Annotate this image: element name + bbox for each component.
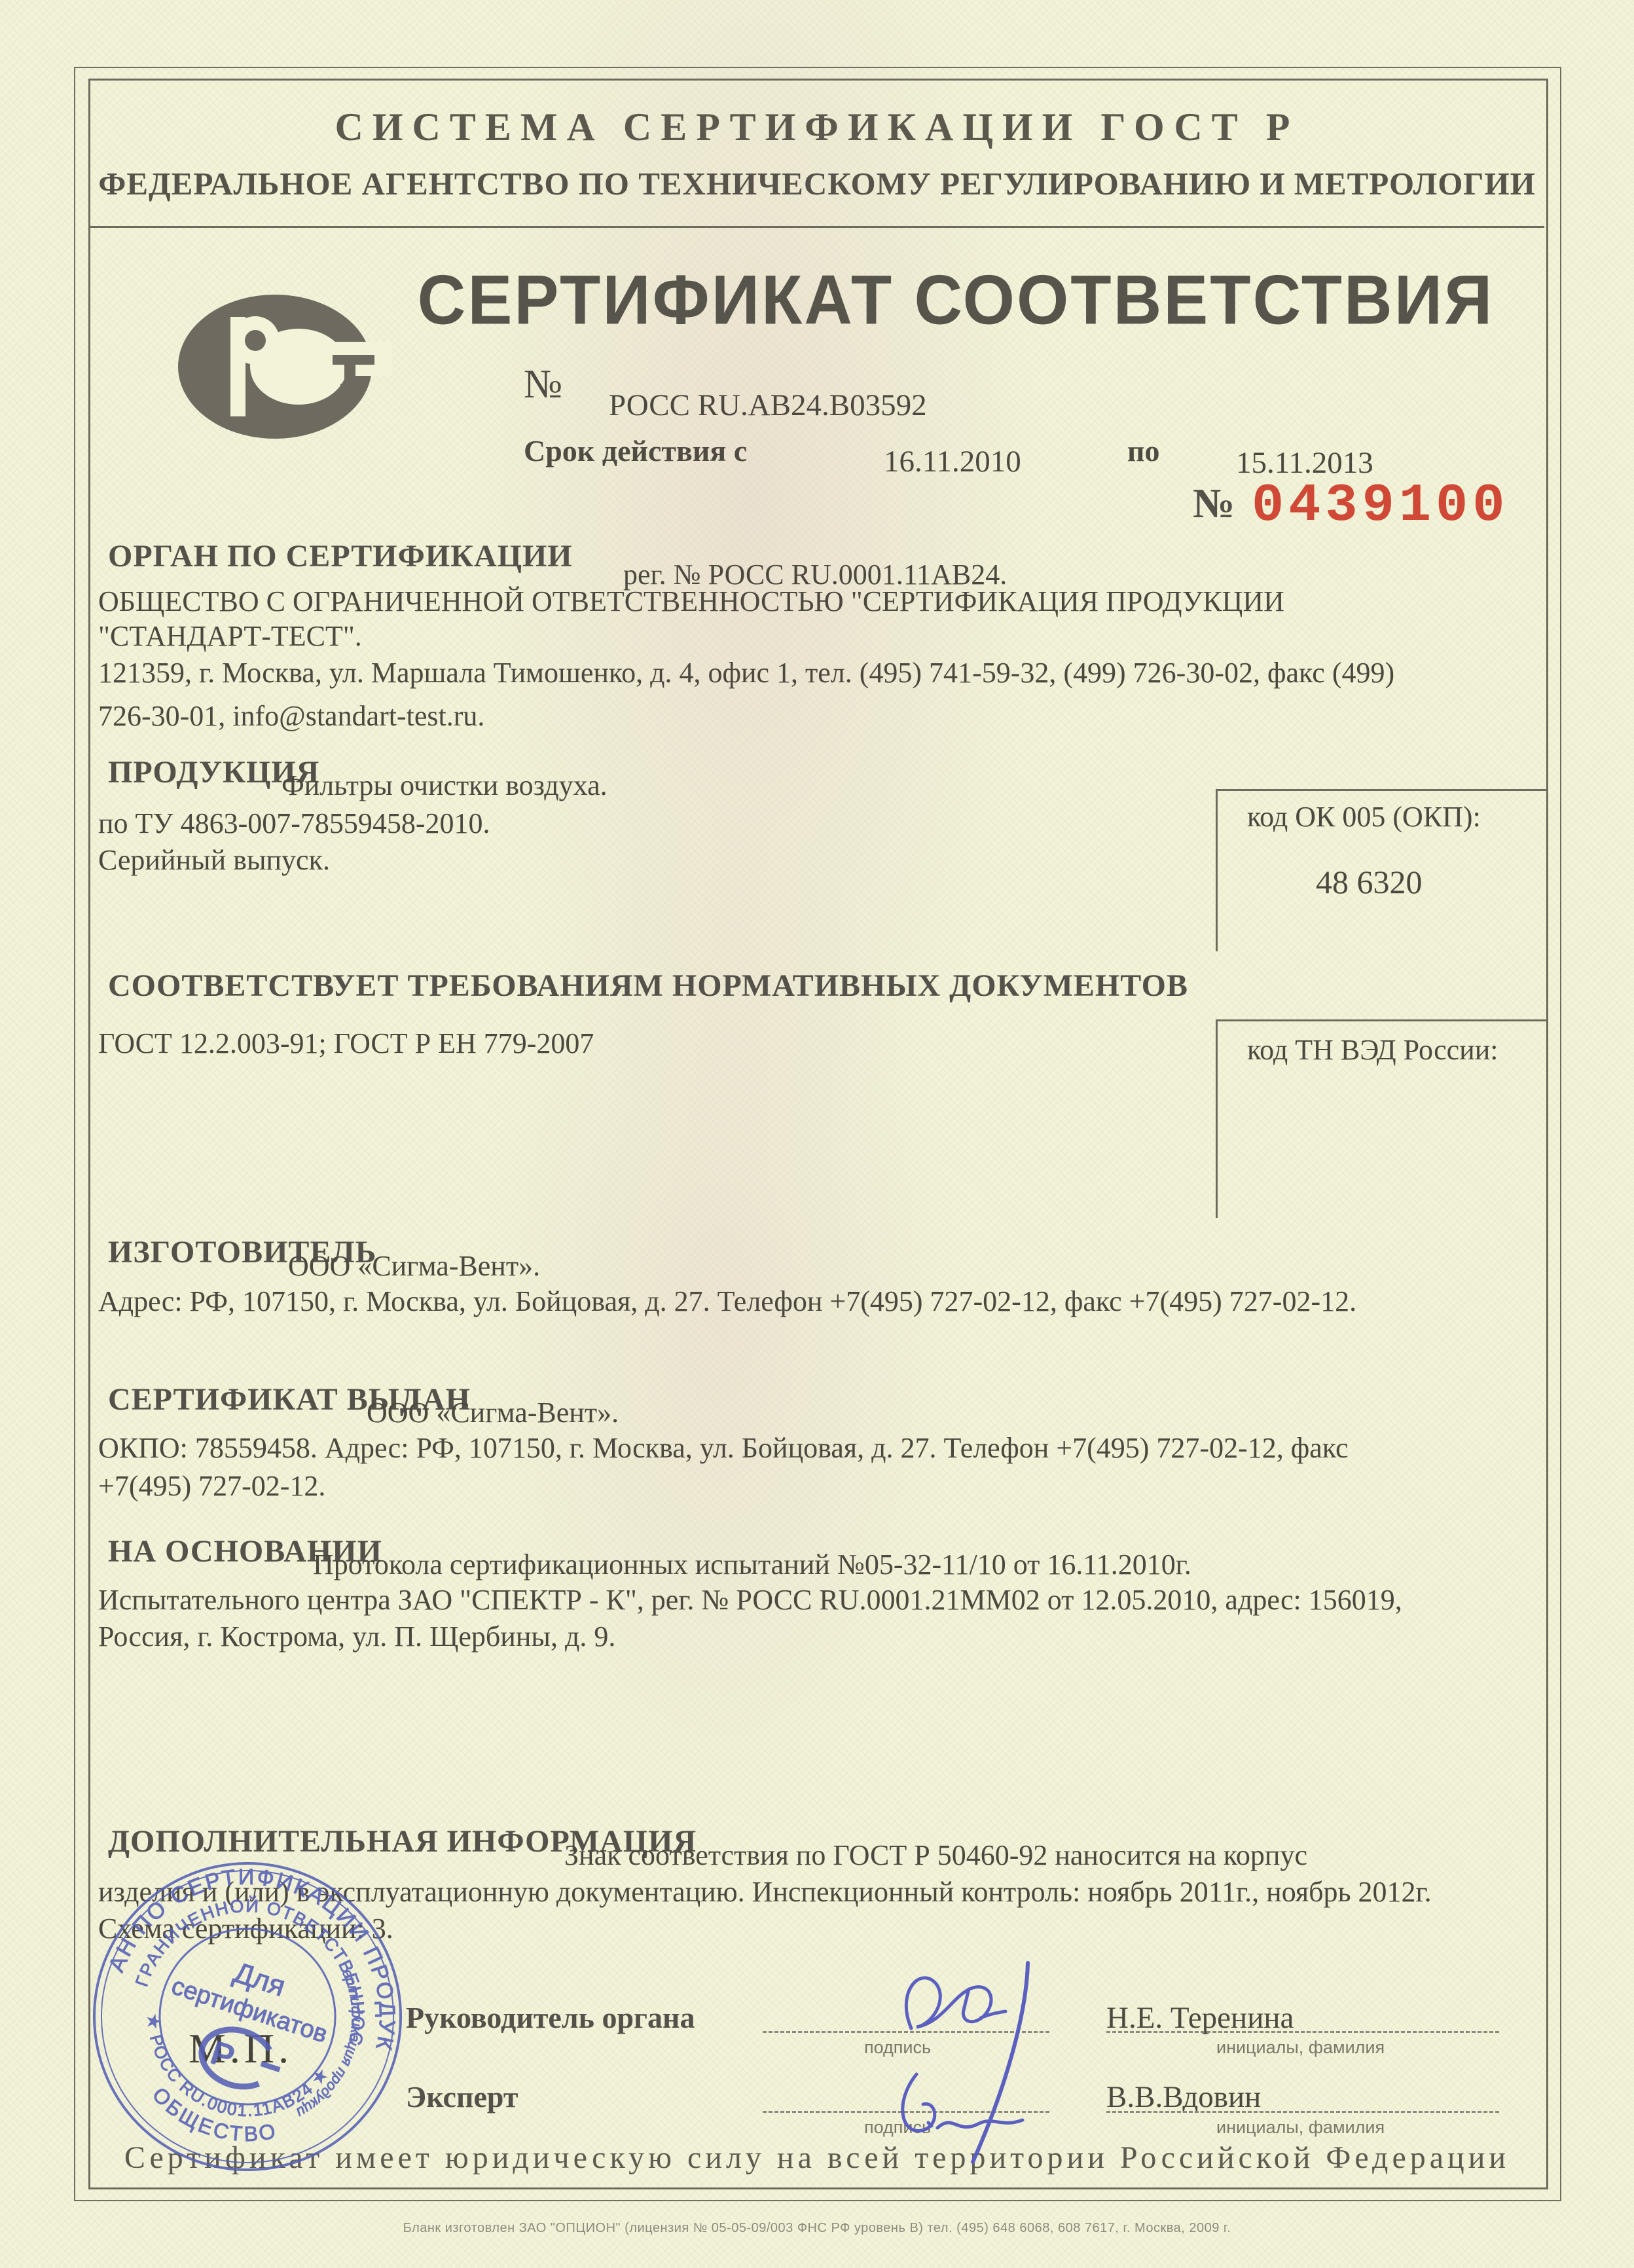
product-line2: по ТУ 4863-007-78559458-2010.	[98, 807, 490, 840]
serial-number-value: 0439100	[1252, 475, 1509, 536]
expert-initials-caption: инициалы, фамилия	[1216, 2117, 1385, 2138]
stamp-place-mark: М.П.	[189, 2024, 293, 2073]
cert-number-label: №	[524, 361, 562, 408]
certificate-page: СИСТЕМА СЕРТИФИКАЦИИ ГОСТ Р ФЕДЕРАЛЬНОЕ …	[0, 0, 1634, 2268]
validity-from-date: 16.11.2010	[884, 444, 1021, 479]
agency-title: ФЕДЕРАЛЬНОЕ АГЕНТСТВО ПО ТЕХНИЧЕСКОМУ РЕ…	[0, 165, 1634, 202]
expert-signature-line	[763, 2111, 1051, 2113]
okp-code-value: 48 6320	[1316, 863, 1423, 901]
basis-value: Протокола сертификационных испытаний №05…	[313, 1548, 1191, 1581]
serial-number-label: №	[1193, 479, 1235, 528]
extra-line1: изделия и (или) в эксплуатационную докум…	[98, 1875, 1432, 1909]
cert-body-line2: "СТАНДАРТ-ТЕСТ".	[98, 619, 362, 653]
issued-to-name: ООО «Сигма-Вент».	[367, 1396, 619, 1429]
issued-to-line1: ОКПО: 78559458. Адрес: РФ, 107150, г. Мо…	[98, 1431, 1349, 1465]
head-of-body-label: Руководитель органа	[406, 2000, 695, 2035]
basis-line2: Россия, г. Кострома, ул. П. Щербины, д. …	[98, 1620, 615, 1653]
blank-manufacturer-fine-print: Бланк изготовлен ЗАО "ОПЦИОН" (лицензия …	[0, 2221, 1634, 2236]
cert-body-line3: 121359, г. Москва, ул. Маршала Тимошенко…	[98, 656, 1394, 689]
okp-code-label: код ОК 005 (ОКП):	[1247, 800, 1481, 833]
document-title: СЕРТИФИКАТ СООТВЕТСТВИЯ	[406, 260, 1506, 340]
head-podpis-caption: подпись	[864, 2038, 931, 2058]
validity-label: Срок действия с	[524, 433, 747, 468]
cert-number-value: РОСС RU.АВ24.В03592	[609, 388, 927, 423]
head-name-line	[1106, 2031, 1499, 2033]
issued-to-line2: +7(495) 727-02-12.	[98, 1469, 325, 1503]
expert-name-line	[1106, 2111, 1499, 2113]
extra-value: Знак соответствия по ГОСТ Р 50460-92 нан…	[564, 1838, 1307, 1872]
expert-label: Эксперт	[406, 2079, 518, 2114]
head-initials-caption: инициалы, фамилия	[1216, 2038, 1385, 2058]
tnved-code-label: код ТН ВЭД России:	[1247, 1033, 1498, 1067]
cert-body-line1: ОБЩЕСТВО С ОГРАНИЧЕННОЙ ОТВЕТСТВЕННОСТЬЮ…	[98, 585, 1284, 618]
header-divider	[90, 226, 1544, 228]
product-name: Фильтры очистки воздуха.	[281, 769, 608, 802]
section-label-conformity: СООТВЕТСТВУЕТ ТРЕБОВАНИЯМ НОРМАТИВНЫХ ДО…	[108, 968, 1188, 1004]
cert-body-line4: 726-30-01, info@standart-test.ru.	[98, 699, 484, 733]
expert-podpis-caption: подпись	[864, 2117, 931, 2138]
expert-name: В.В.Вдовин	[1106, 2079, 1261, 2115]
rst-gost-logo	[175, 289, 391, 447]
system-title: СИСТЕМА СЕРТИФИКАЦИИ ГОСТ Р	[0, 105, 1634, 150]
head-signature-line	[763, 2031, 1051, 2033]
extra-line2: Схема сертификации: 3.	[98, 1912, 393, 1945]
validity-to-label: по	[1127, 433, 1160, 468]
conformity-value: ГОСТ 12.2.003-91; ГОСТ Р ЕН 779-2007	[98, 1027, 594, 1060]
head-name: Н.Е. Теренина	[1106, 2000, 1294, 2036]
section-label-cert-body: ОРГАН ПО СЕРТИФИКАЦИИ	[108, 538, 573, 574]
legal-banner: Сертификат имеет юридическую силу на все…	[0, 2140, 1634, 2176]
manufacturer-address: Адрес: РФ, 107150, г. Москва, ул. Бойцов…	[98, 1285, 1356, 1318]
product-line3: Серийный выпуск.	[98, 843, 330, 877]
basis-line1: Испытательного центра ЗАО "СПЕКТР - К", …	[98, 1583, 1402, 1617]
manufacturer-name: ООО «Сигма-Вент».	[288, 1249, 540, 1283]
